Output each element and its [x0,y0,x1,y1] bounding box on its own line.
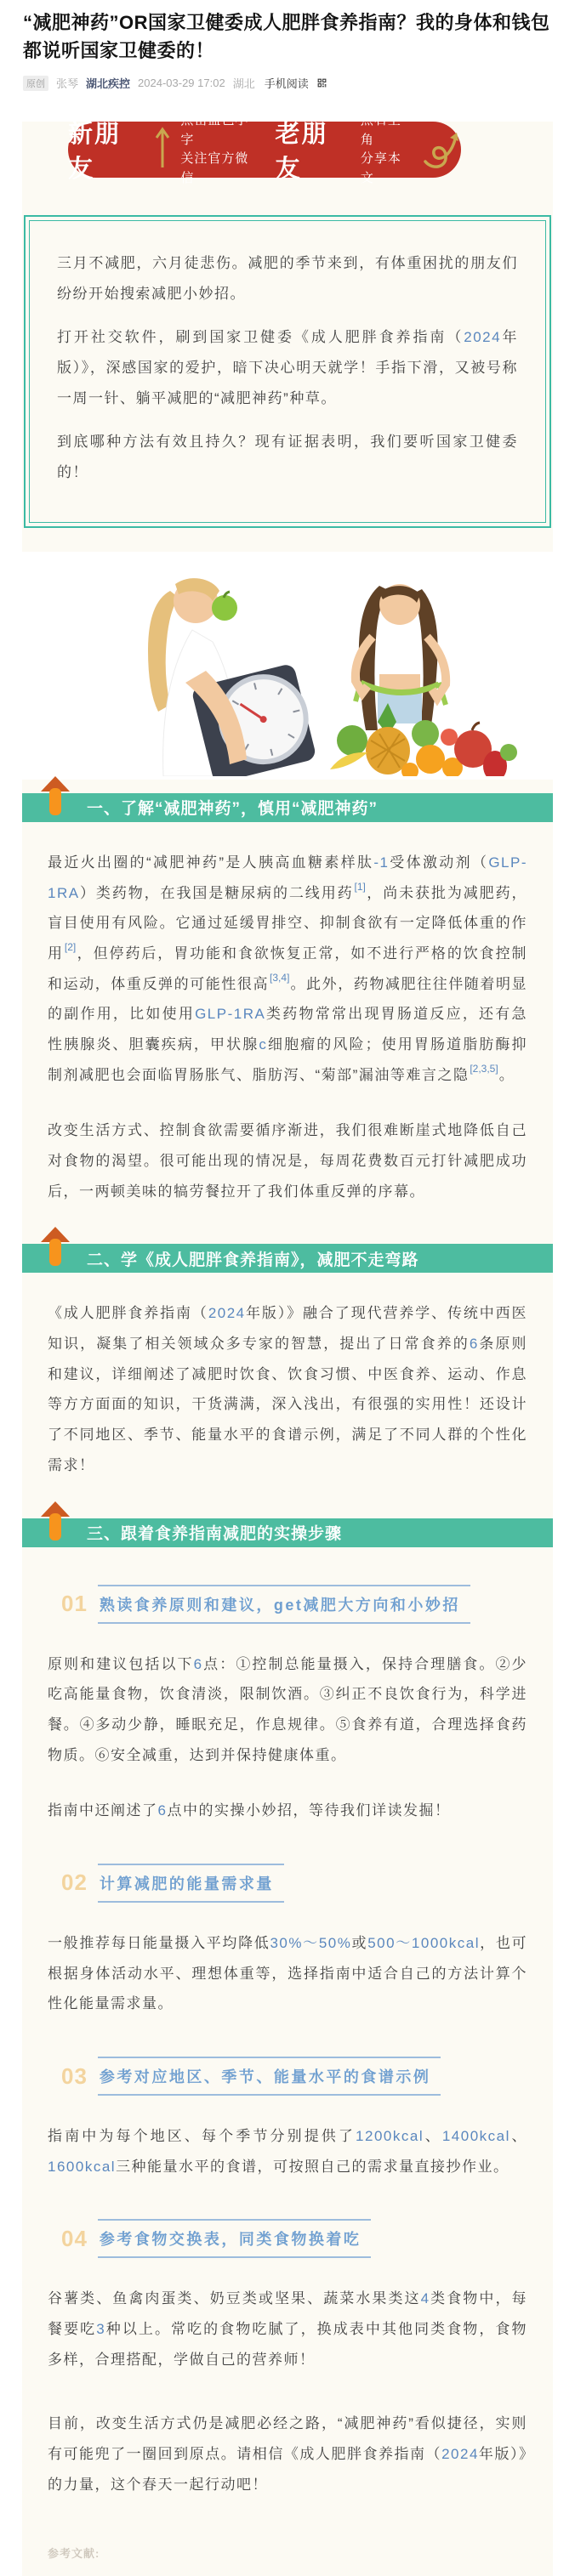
step-3-paragraph-1: 指南中为每个地区、每个季节分别提供了1200kcal、1400kcal、1600… [48,2121,527,2182]
author-name: 张琴 [56,75,78,91]
arrow-up-icon [39,1501,71,1546]
intro-box: 三月不减肥，六月徒悲伤。减肥的季节来到，有体重困扰的朋友们纷纷开始搜索减肥小妙招… [24,215,551,528]
intro-paragraph-1: 三月不减肥，六月徒悲伤。减肥的季节来到，有体重困扰的朋友们纷纷开始搜索减肥小妙招… [57,248,518,309]
section-heading-text: 一、了解“减肥神药”，慎用“减肥神药” [87,796,378,819]
account-link[interactable]: 湖北疾控 [86,75,130,91]
step-number: 01 [61,1591,88,1617]
references-label: 参考文献: [48,2545,527,2564]
step-4-heading: 04 参考食物交换表，同类食物换着吃 [61,2219,527,2258]
intro-paragraph-3: 到底哪种方法有效且持久？现有证据表明，我们要听国家卫健委的！ [57,427,518,487]
new-friends-label: 新朋友 [68,115,145,184]
article-title: “减肥神药”OR国家卫健委成人肥胖食养指南？我的身体和钱包都说听国家卫健委的！ [23,9,552,65]
section-heading-text: 二、学《成人肥胖食养指南》，减肥不走弯路 [87,1247,419,1270]
curved-share-arrow-icon [422,126,461,174]
step-title: 熟读食养原则和建议，get减肥大方向和小妙招 [98,1585,470,1624]
section-heading-2: 二、学《成人肥胖食养指南》，减肥不走弯路 [22,1244,553,1273]
step-1-paragraph-1: 原则和建议包括以下6点：①控制总能量摄入，保持合理膳食。②少吃高能量食物，饮食清… [48,1649,527,1771]
section-heading-3: 三、跟着食养指南减肥的实操步骤 [22,1518,553,1547]
arrow-up-icon [39,776,71,820]
section1-paragraph-2: 改变生活方式、控制食欲需要循序渐进，我们很难断崖式地降低自己对食物的渴望。很可能… [48,1115,527,1206]
intro-paragraph-2: 打开社交软件，刷到国家卫健委《成人肥胖食养指南（2024年版）》，深感国家的爱护… [57,322,518,413]
article-meta: 原创 张琴 湖北疾控 2024-03-29 17:02 湖北 手机阅读 [23,75,552,91]
original-badge: 原创 [23,76,48,91]
hero-photo [22,552,553,780]
phone-read-button[interactable]: 手机阅读 [265,75,309,91]
closing-paragraph: 目前，改变生活方式仍是减肥必经之路，“减肥神药”看似捷径，实则有可能兜了一圈回到… [48,2409,527,2499]
section-heading-1: 一、了解“减肥神药”，慎用“减肥神药” [22,793,553,822]
step-4-paragraph-1: 谷薯类、鱼禽肉蛋类、奶豆类或坚果、蔬菜水果类这4类食物中，每餐要吃3种以上。常吃… [48,2284,527,2375]
article-page: “减肥神药”OR国家卫健委成人肥胖食养指南？我的身体和钱包都说听国家卫健委的！ … [0,0,575,2576]
step-title: 参考对应地区、季节、能量水平的食谱示例 [98,2057,441,2096]
old-friends-tip: 点右上角 分享本文 [361,111,413,188]
step-number: 03 [61,2063,88,2090]
new-friends-tip: 点击蓝色小字 关注官方微信 [180,111,259,188]
publish-datetime: 2024-03-29 17:02 [138,77,225,89]
old-friends-label: 老朋友 [276,115,352,184]
step-1-paragraph-2: 指南中还阐述了6点中的实操小妙招，等待我们详读发掘！ [48,1796,527,1826]
step-2-heading: 02 计算减肥的能量需求量 [61,1864,527,1903]
section1-paragraph-1: 最近火出圈的“减肥神药”是人胰高血糖素样肽-1受体激动剂（GLP-1RA）类药物… [48,848,527,1091]
section2-paragraph-1: 《成人肥胖食养指南（2024年版）》融合了现代营养学、传统中西医知识，凝集了相关… [48,1298,527,1480]
arrow-up-icon [39,1227,71,1271]
step-number: 04 [61,2226,88,2252]
step-title: 计算减肥的能量需求量 [98,1864,284,1903]
qr-code-icon[interactable] [316,77,327,88]
step-number: 02 [61,1870,88,1896]
intro-box-inner: 三月不减肥，六月徒悲伤。减肥的季节来到，有体重困扰的朋友们纷纷开始搜索减肥小妙招… [29,220,546,523]
publish-location: 湖北 [233,75,255,91]
step-3-heading: 03 参考对应地区、季节、能量水平的食谱示例 [61,2057,527,2096]
section-heading-text: 三、跟着食养指南减肥的实操步骤 [87,1521,342,1544]
step-title: 参考食物交换表，同类食物换着吃 [98,2219,372,2258]
arrow-up-icon [153,127,172,173]
step-2-paragraph-1: 一般推荐每日能量摄入平均降低30%～50%或500～1000kcal，也可根据身… [48,1928,527,2019]
step-1-heading: 01 熟读食养原则和建议，get减肥大方向和小妙招 [61,1585,527,1624]
follow-banner[interactable]: 新朋友 点击蓝色小字 关注官方微信 老朋友 点右上角 分享本文 [68,122,461,178]
article-content: 新朋友 点击蓝色小字 关注官方微信 老朋友 点右上角 分享本文 三月不减肥，六月… [22,122,553,2576]
